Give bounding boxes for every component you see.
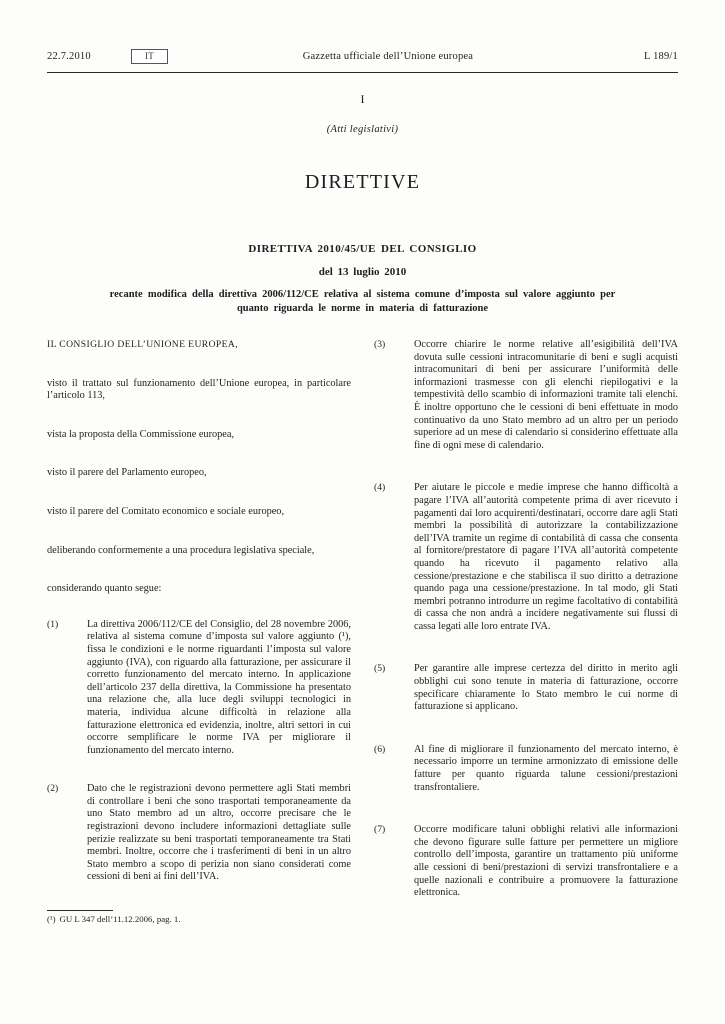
- right-column: (3) Occorre chiarire le norme relative a…: [374, 339, 678, 930]
- citation-special-procedure: deliberando conformemente a una procedur…: [47, 545, 351, 558]
- recital-6: (6) Al fine di migliorare il funzionamen…: [374, 744, 678, 794]
- footnote-line: (¹)GU L 347 dell’11.12.2006, pag. 1.: [47, 914, 351, 925]
- recital-7: (7) Occorre modificare taluni obblighi r…: [374, 824, 678, 900]
- recital-text: Occorre modificare taluni obblighi relat…: [414, 824, 678, 900]
- recital-number: (7): [374, 824, 414, 900]
- recital-text: La direttiva 2006/112/CE del Consiglio, …: [87, 619, 351, 758]
- recital-number: (1): [47, 619, 87, 758]
- page-reference: L 189/1: [608, 51, 678, 62]
- recital-number: (6): [374, 744, 414, 794]
- recital-2: (2) Dato che le registrazioni devono per…: [47, 783, 351, 884]
- footnote-block: (¹)GU L 347 dell’11.12.2006, pag. 1.: [47, 910, 351, 925]
- journal-page: 22.7.2010 IT Gazzetta ufficiale dell’Uni…: [0, 0, 725, 1024]
- page-header: 22.7.2010 IT Gazzetta ufficiale dell’Uni…: [47, 46, 678, 66]
- body-columns: IL CONSIGLIO DELL’UNIONE EUROPEA, visto …: [47, 339, 678, 930]
- footnote-rule: [47, 910, 113, 911]
- recital-number: (5): [374, 663, 414, 713]
- citation-eesc-opinion: visto il parere del Comitato economico e…: [47, 506, 351, 519]
- citation-commission-proposal: vista la proposta della Commissione euro…: [47, 429, 351, 442]
- recital-5: (5) Per garantire alle imprese certezza …: [374, 663, 678, 713]
- recital-number: (3): [374, 339, 414, 452]
- left-column: IL CONSIGLIO DELL’UNIONE EUROPEA, visto …: [47, 339, 351, 930]
- recital-1: (1) La direttiva 2006/112/CE del Consigl…: [47, 619, 351, 758]
- act-title-block: DIRETTIVA 2010/45/UE DEL CONSIGLIO del 1…: [47, 243, 678, 316]
- section-heading-block: I (Atti legislativi) DIRETTIVE: [47, 92, 678, 194]
- language-code-box: IT: [131, 49, 168, 64]
- recital-text: Per garantire alle imprese certezza del …: [414, 663, 678, 713]
- section-subtitle: (Atti legislativi): [47, 124, 678, 135]
- recital-text: Dato che le registrazioni devono permett…: [87, 783, 351, 884]
- header-rule: [47, 72, 678, 73]
- act-subject: recante modifica della direttiva 2006/11…: [93, 288, 633, 316]
- section-number: I: [47, 92, 678, 107]
- recital-text: Al fine di migliorare il funzionamento d…: [414, 744, 678, 794]
- citation-treaty: visto il trattato sul funzionamento dell…: [47, 378, 351, 403]
- journal-title: Gazzetta ufficiale dell’Unione europea: [168, 51, 608, 62]
- recital-3: (3) Occorre chiarire le norme relative a…: [374, 339, 678, 452]
- citation-parliament-opinion: visto il parere del Parlamento europeo,: [47, 467, 351, 480]
- recital-text: Per aiutare le piccole e medie imprese c…: [414, 482, 678, 633]
- act-date-line: del 13 luglio 2010: [47, 266, 678, 278]
- footnote-text: GU L 347 dell’11.12.2006, pag. 1.: [60, 914, 181, 924]
- recital-4: (4) Per aiutare le piccole e medie impre…: [374, 482, 678, 633]
- act-title: DIRETTIVA 2010/45/UE DEL CONSIGLIO: [47, 243, 678, 255]
- section-heading: DIRETTIVE: [47, 171, 678, 194]
- footnote-marker: (¹): [47, 914, 56, 924]
- recital-number: (2): [47, 783, 87, 884]
- recital-text: Occorre chiarire le norme relative all’e…: [414, 339, 678, 452]
- preamble-opening: IL CONSIGLIO DELL’UNIONE EUROPEA,: [47, 339, 351, 352]
- recital-number: (4): [374, 482, 414, 633]
- header-date: 22.7.2010: [47, 51, 117, 62]
- citation-considering: considerando quanto segue:: [47, 583, 351, 596]
